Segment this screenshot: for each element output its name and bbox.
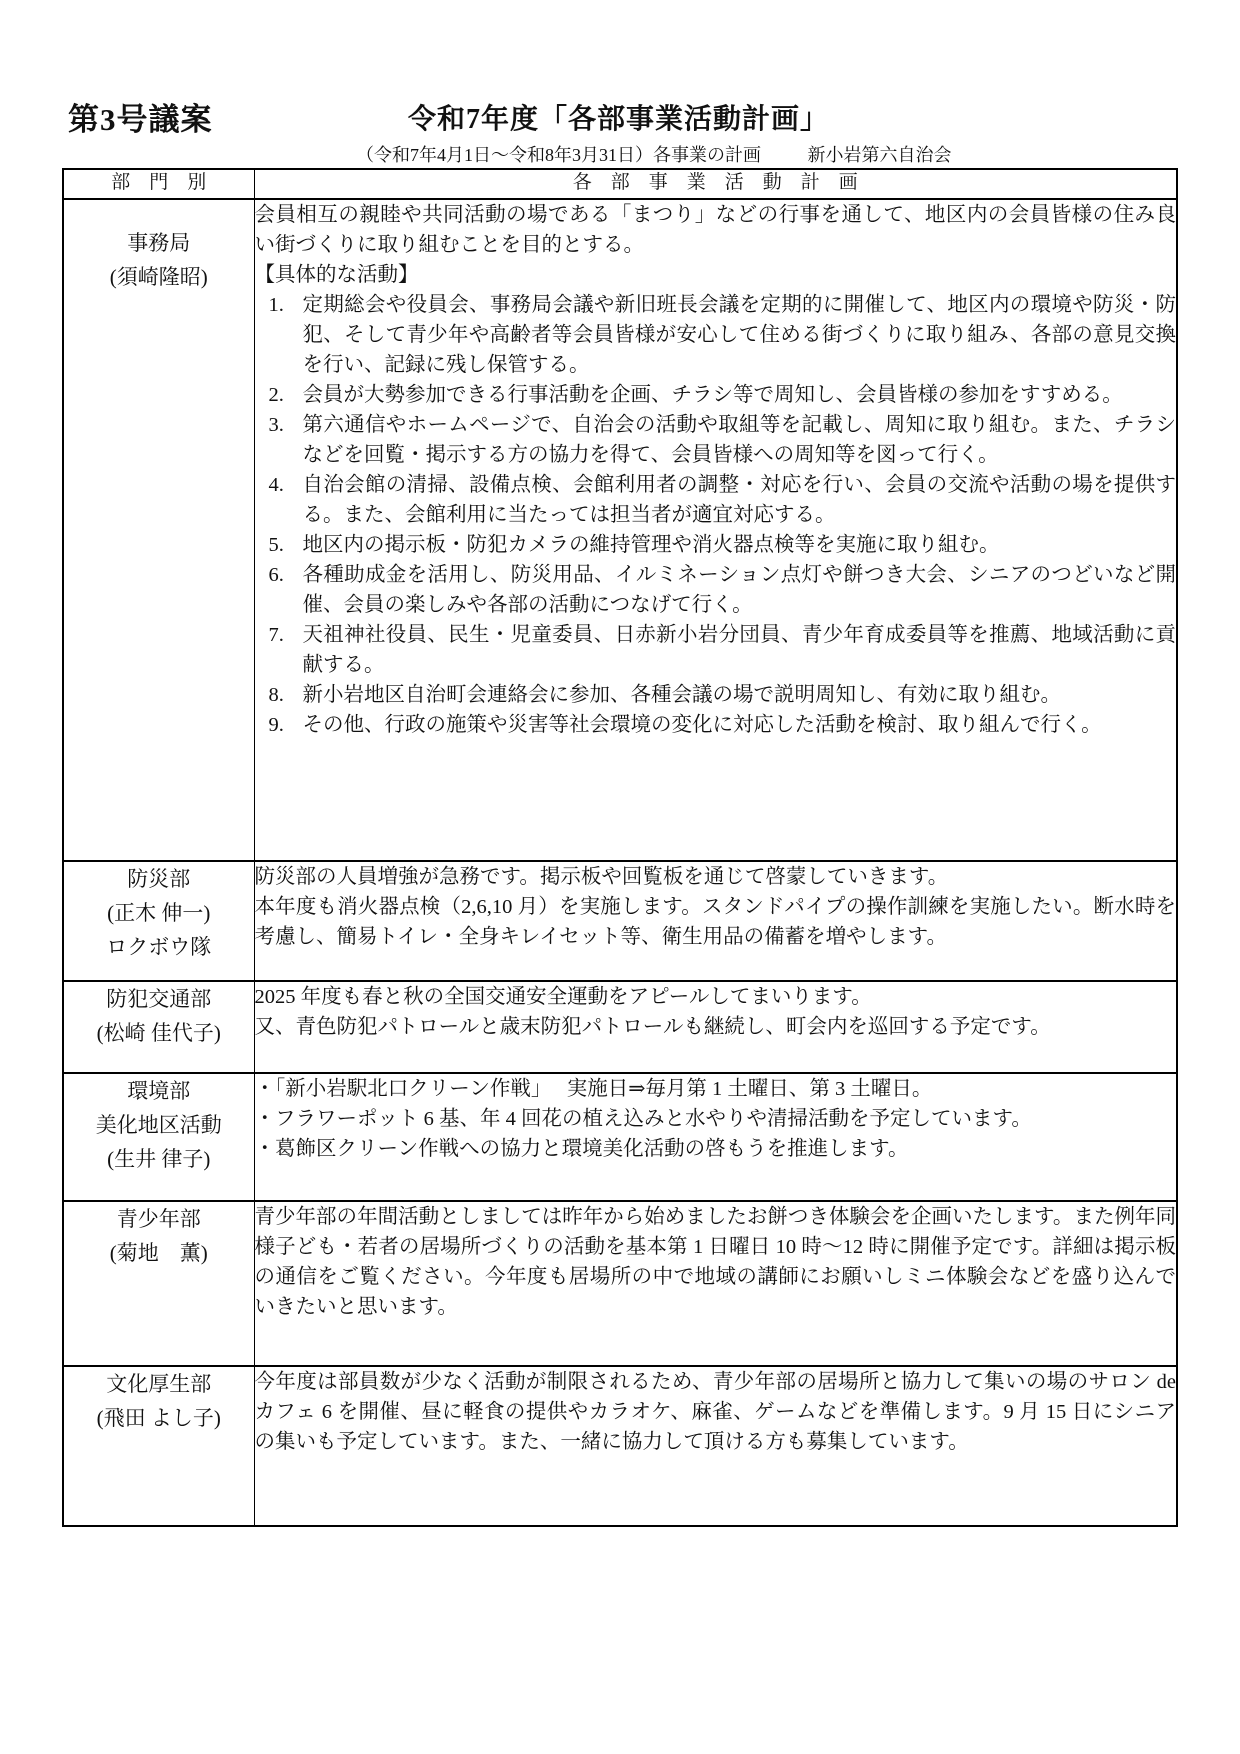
department-cell: 環境部 美化地区活動 (生井 律子) — [63, 1073, 254, 1201]
item-number: 9. — [255, 710, 303, 740]
item-number: 8. — [255, 680, 303, 710]
plan-cell: 青少年部の年間活動としましては昨年から始めましたお餅つき体験会を企画いたします。… — [254, 1201, 1177, 1366]
table-row-bousai: 防災部 (正木 伸一) ロクボウ隊 防災部の人員増強が急務です。掲示板や回覧板を… — [63, 861, 1177, 981]
department-name: 環境部 — [64, 1074, 254, 1108]
table-row-kankyou: 環境部 美化地区活動 (生井 律子) ・「新小岩駅北口クリーン作戦」 実施日⇒毎… — [63, 1073, 1177, 1201]
department-head: (飛田 よし子) — [64, 1401, 254, 1435]
department-subname: ロクボウ隊 — [64, 930, 254, 964]
list-item: 6. 各種助成金を活用し、防災用品、イルミネーション点灯や餅つき大会、シニアのつ… — [255, 560, 1177, 620]
plan-paragraph: 青少年部の年間活動としましては昨年から始めましたお餅つき体験会を企画いたします。… — [255, 1202, 1177, 1322]
department-head: (生井 律子) — [64, 1142, 254, 1176]
department-cell: 防犯交通部 (松崎 佳代子) — [63, 981, 254, 1073]
list-item: 1. 定期総会や役員会、事務局会議や新旧班長会議を定期的に開催して、地区内の環境… — [255, 290, 1177, 380]
table-row-jimukyoku: 事務局 (須崎隆昭) 会員相互の親睦や共同活動の場である「まつり」などの行事を通… — [63, 199, 1177, 861]
item-text: 第六通信やホームページで、自治会の活動や取組等を記載し、周知に取り組む。また、チ… — [303, 410, 1177, 470]
activity-plan-table: 部 門 別 各 部 事 業 活 動 計 画 事務局 (須崎隆昭) 会員相互の親睦… — [62, 168, 1178, 1527]
section-label: 【具体的な活動】 — [255, 260, 1177, 290]
table-header-row: 部 門 別 各 部 事 業 活 動 計 画 — [63, 169, 1177, 199]
subtitle: （令和7年4月1日～令和8年3月31日）各事業の計画 新小岩第六自治会 — [356, 141, 952, 167]
department-cell: 事務局 (須崎隆昭) — [63, 199, 254, 861]
department-head: (正木 伸一) — [64, 896, 254, 930]
item-text: 自治会館の清掃、設備点検、会館利用者の調整・対応を行い、会員の交流や活動の場を提… — [303, 470, 1177, 530]
department-cell: 青少年部 (菊地 薫) — [63, 1201, 254, 1366]
plan-bullet: ・「新小岩駅北口クリーン作戦」 実施日⇒毎月第 1 土曜日、第 3 土曜日。 — [255, 1074, 1177, 1104]
item-text: 地区内の掲示板・防犯カメラの維持管理や消火器点検等を実施に取り組む。 — [303, 530, 1177, 560]
table-row-bouhan-koutsuu: 防犯交通部 (松崎 佳代子) 2025 年度も春と秋の全国交通安全運動をアピール… — [63, 981, 1177, 1073]
plan-cell: 防災部の人員増強が急務です。掲示板や回覧板を通じて啓蒙していきます。 本年度も消… — [254, 861, 1177, 981]
plan-intro: 会員相互の親睦や共同活動の場である「まつり」などの行事を通して、地区内の会員皆様… — [255, 200, 1177, 260]
department-name: 防災部 — [64, 862, 254, 896]
header-plan: 各 部 事 業 活 動 計 画 — [254, 169, 1177, 199]
plan-cell: ・「新小岩駅北口クリーン作戦」 実施日⇒毎月第 1 土曜日、第 3 土曜日。 ・… — [254, 1073, 1177, 1201]
document-page: 第3号議案 令和7年度「各部事業活動計画」 （令和7年4月1日～令和8年3月31… — [0, 0, 1240, 1754]
plan-period: （令和7年4月1日～令和8年3月31日）各事業の計画 — [356, 145, 761, 165]
plan-paragraph: 本年度も消火器点検（2,6,10 月）を実施します。スタンドパイプの操作訓練を実… — [255, 892, 1177, 952]
page-title: 令和7年度「各部事業活動計画」 — [408, 97, 829, 137]
department-name: 事務局 — [64, 226, 254, 260]
item-text: 新小岩地区自治町会連絡会に参加、各種会議の場で説明周知し、有効に取り組む。 — [303, 680, 1177, 710]
item-number: 7. — [255, 620, 303, 680]
list-item: 5. 地区内の掲示板・防犯カメラの維持管理や消火器点検等を実施に取り組む。 — [255, 530, 1177, 560]
item-text: その他、行政の施策や災害等社会環境の変化に対応した活動を検討、取り組んで行く。 — [303, 710, 1177, 740]
plan-bullet: ・フラワーポット 6 基、年 4 回花の植え込みと水やりや清掃活動を予定していま… — [255, 1104, 1177, 1134]
plan-cell: 2025 年度も春と秋の全国交通安全運動をアピールしてまいります。 又、青色防犯… — [254, 981, 1177, 1073]
department-cell: 防災部 (正木 伸一) ロクボウ隊 — [63, 861, 254, 981]
item-text: 天祖神社役員、民生・児童委員、日赤新小岩分団員、青少年育成委員等を推薦、地域活動… — [303, 620, 1177, 680]
organization-name: 新小岩第六自治会 — [808, 145, 952, 165]
header-department: 部 門 別 — [63, 169, 254, 199]
plan-cell: 今年度は部員数が少なく活動が制限されるため、青少年部の居場所と協力して集いの場の… — [254, 1366, 1177, 1526]
table-row-seishounen: 青少年部 (菊地 薫) 青少年部の年間活動としましては昨年から始めましたお餅つき… — [63, 1201, 1177, 1366]
proposal-number: 第3号議案 — [68, 94, 213, 139]
plan-paragraph: 又、青色防犯パトロールと歳末防犯パトロールも継続し、町会内を巡回する予定です。 — [255, 1012, 1177, 1042]
item-number: 3. — [255, 410, 303, 470]
list-item: 4. 自治会館の清掃、設備点検、会館利用者の調整・対応を行い、会員の交流や活動の… — [255, 470, 1177, 530]
department-cell: 文化厚生部 (飛田 よし子) — [63, 1366, 254, 1526]
plan-paragraph: 今年度は部員数が少なく活動が制限されるため、青少年部の居場所と協力して集いの場の… — [255, 1367, 1177, 1457]
plan-paragraph: 防災部の人員増強が急務です。掲示板や回覧板を通じて啓蒙していきます。 — [255, 862, 1177, 892]
item-number: 1. — [255, 290, 303, 380]
item-text: 各種助成金を活用し、防災用品、イルミネーション点灯や餅つき大会、シニアのつどいな… — [303, 560, 1177, 620]
list-item: 8. 新小岩地区自治町会連絡会に参加、各種会議の場で説明周知し、有効に取り組む。 — [255, 680, 1177, 710]
item-text: 定期総会や役員会、事務局会議や新旧班長会議を定期的に開催して、地区内の環境や防災… — [303, 290, 1177, 380]
item-number: 4. — [255, 470, 303, 530]
list-item: 3. 第六通信やホームページで、自治会の活動や取組等を記載し、周知に取り組む。ま… — [255, 410, 1177, 470]
list-item: 2. 会員が大勢参加できる行事活動を企画、チラシ等で周知し、会員皆様の参加をすす… — [255, 380, 1177, 410]
department-subname: 美化地区活動 — [64, 1108, 254, 1142]
table-row-bunka-kousei: 文化厚生部 (飛田 よし子) 今年度は部員数が少なく活動が制限されるため、青少年… — [63, 1366, 1177, 1526]
item-text: 会員が大勢参加できる行事活動を企画、チラシ等で周知し、会員皆様の参加をすすめる。 — [303, 380, 1177, 410]
department-head: (須崎隆昭) — [64, 260, 254, 294]
department-head: (松崎 佳代子) — [64, 1016, 254, 1050]
department-name: 防犯交通部 — [64, 982, 254, 1016]
list-item: 9. その他、行政の施策や災害等社会環境の変化に対応した活動を検討、取り組んで行… — [255, 710, 1177, 740]
plan-paragraph: 2025 年度も春と秋の全国交通安全運動をアピールしてまいります。 — [255, 982, 1177, 1012]
department-name: 文化厚生部 — [64, 1367, 254, 1401]
item-number: 2. — [255, 380, 303, 410]
plan-cell: 会員相互の親睦や共同活動の場である「まつり」などの行事を通して、地区内の会員皆様… — [254, 199, 1177, 861]
department-name: 青少年部 — [64, 1202, 254, 1236]
item-number: 5. — [255, 530, 303, 560]
department-head: (菊地 薫) — [64, 1236, 254, 1270]
list-item: 7. 天祖神社役員、民生・児童委員、日赤新小岩分団員、青少年育成委員等を推薦、地… — [255, 620, 1177, 680]
plan-bullet: ・葛飾区クリーン作戦への協力と環境美化活動の啓もうを推進します。 — [255, 1134, 1177, 1164]
item-number: 6. — [255, 560, 303, 620]
